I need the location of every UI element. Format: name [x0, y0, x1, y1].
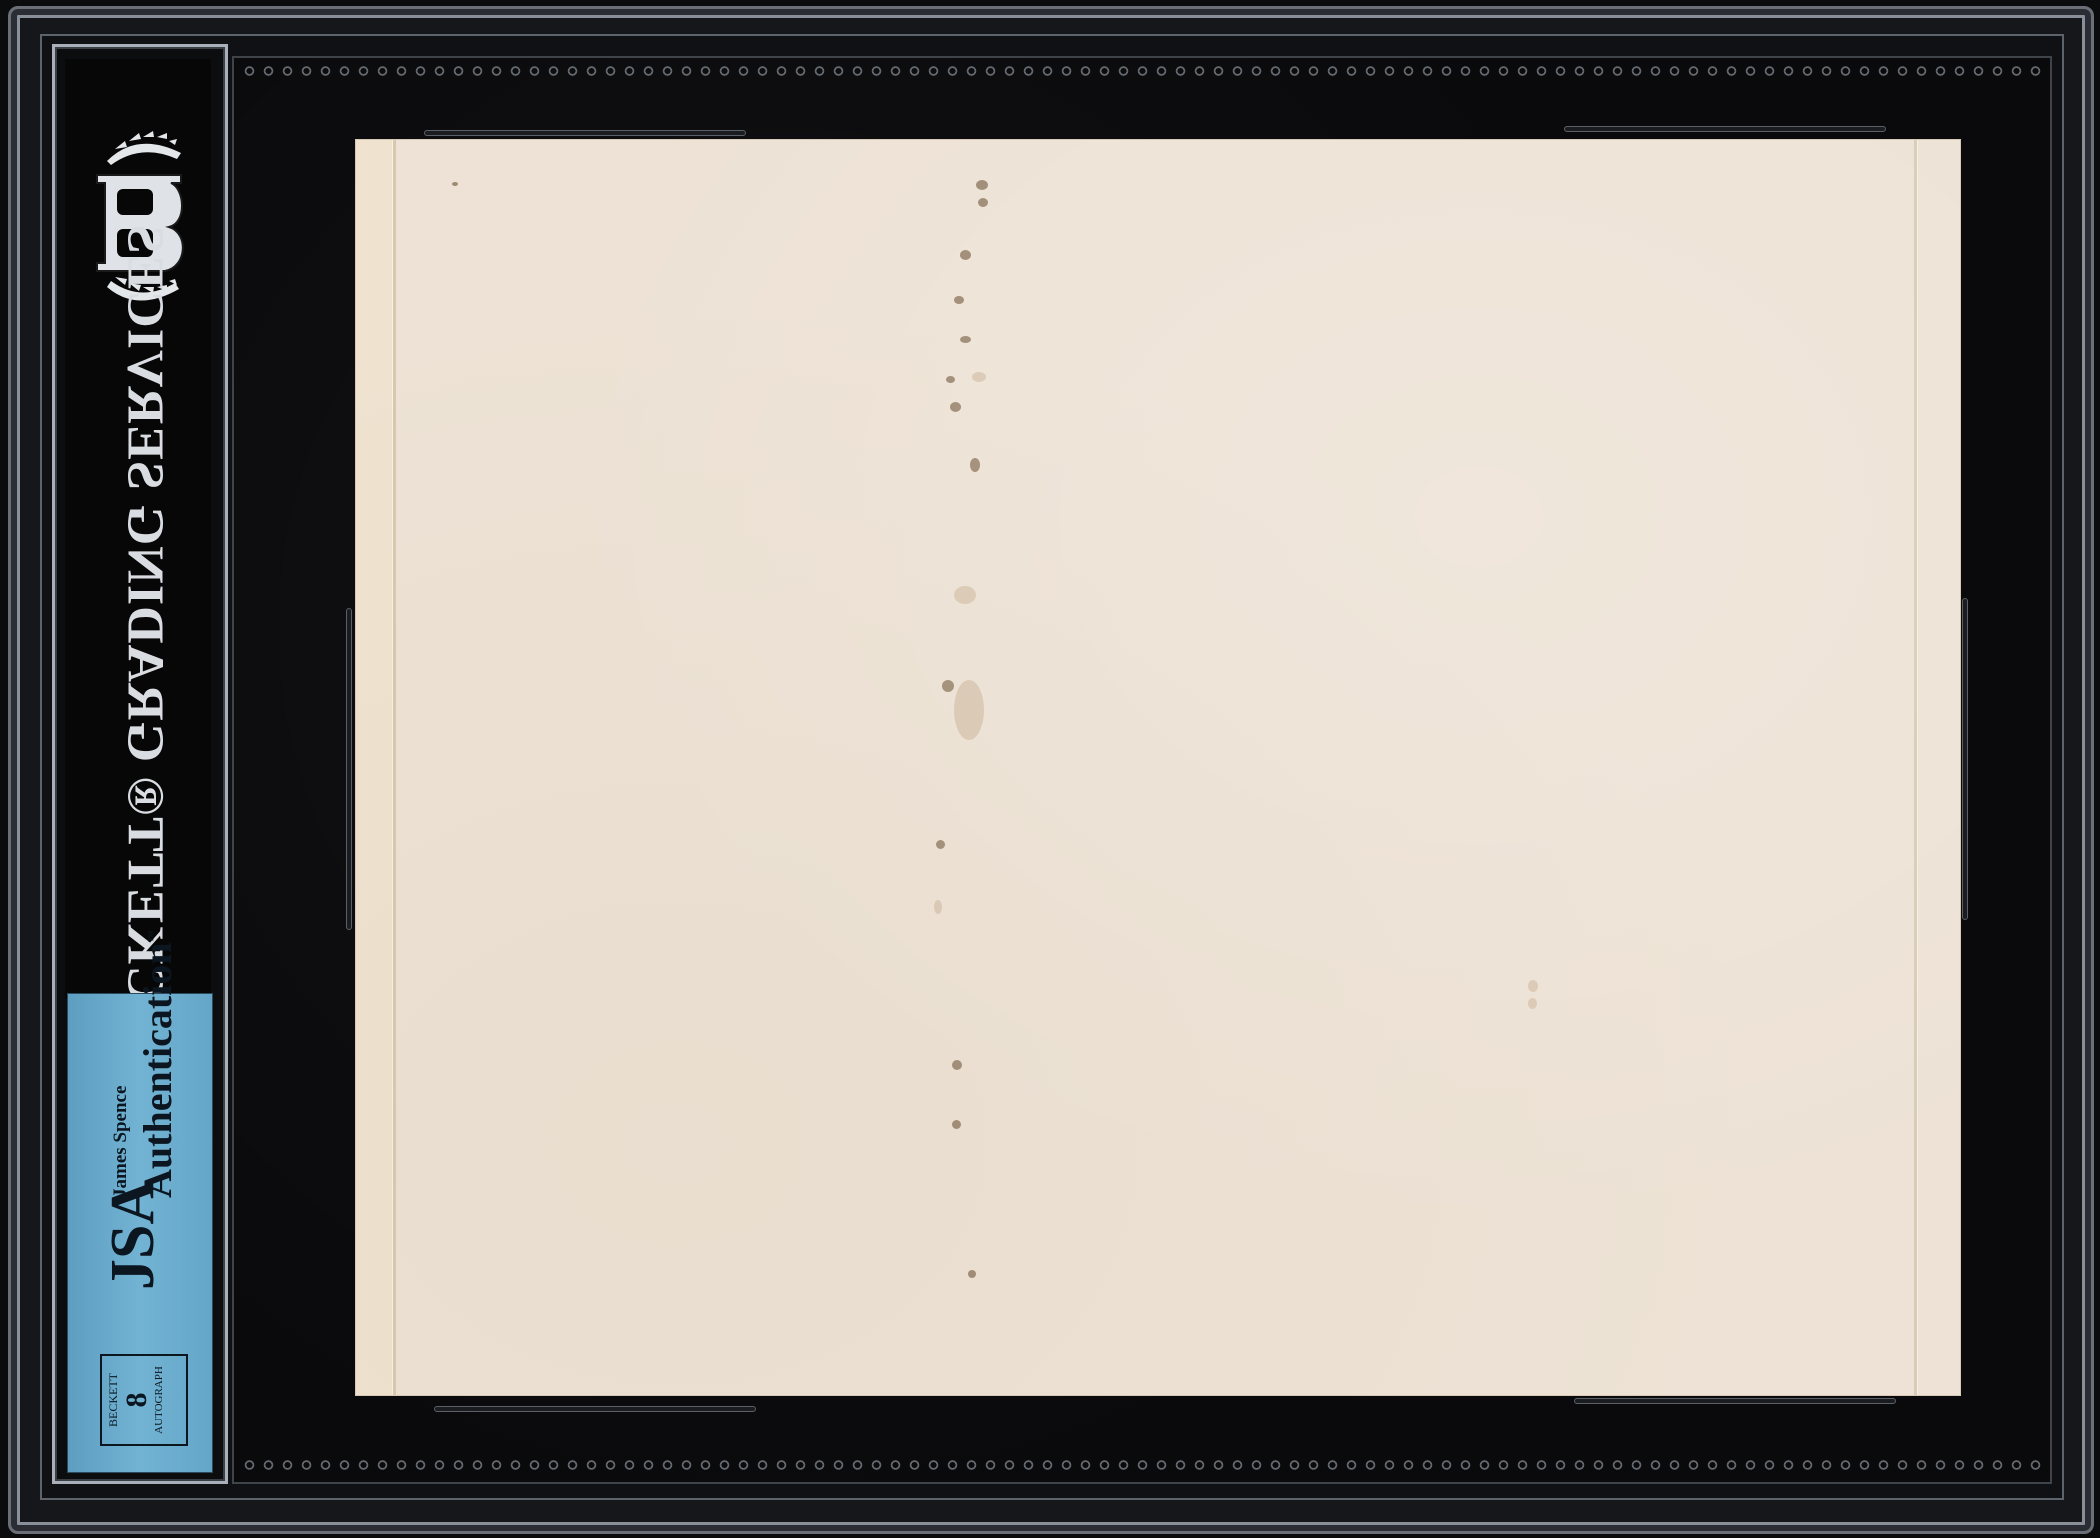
bottom-notch-row — [240, 1458, 2044, 1472]
grade-box-top: BECKETT — [106, 1356, 121, 1444]
stain-spot — [946, 376, 955, 383]
stain-spot — [1528, 998, 1537, 1009]
stain-spot — [972, 372, 986, 382]
top-rail-left — [424, 130, 746, 136]
stain-spot — [952, 1120, 961, 1129]
stain-spot — [1528, 980, 1538, 992]
stain-spot — [954, 296, 964, 304]
slab-label-strip: BECKETT® GRADING SERVICES BECKETT 8 AUTO… — [52, 44, 228, 1484]
right-rail — [1962, 598, 1968, 920]
stain-spot — [976, 180, 988, 190]
top-notch-row — [240, 64, 2044, 78]
stain-spot — [978, 198, 988, 207]
stain-spot — [954, 586, 976, 604]
stain-spot — [942, 680, 954, 692]
bottom-rail-left — [434, 1406, 756, 1412]
grade-box-bottom: AUTOGRAPH — [153, 1356, 165, 1444]
beckett-label: BECKETT® GRADING SERVICES — [65, 59, 211, 999]
stain-spot — [960, 250, 971, 260]
stain-spot — [936, 840, 945, 849]
stain-spot — [952, 1060, 962, 1070]
stain-spot — [968, 1270, 976, 1278]
stain-cluster — [954, 680, 984, 740]
jsa-authentication-label: BECKETT 8 AUTOGRAPH JSA James Spence Aut… — [67, 993, 213, 1473]
stain-spot — [970, 458, 980, 472]
stain-spot — [950, 402, 961, 412]
paper-right-fold — [1914, 140, 1918, 1395]
jsa-service: Authentication™ — [134, 930, 181, 1198]
brand-name-text: BECKETT® GRADING SERVICES — [105, 299, 185, 999]
grade-value: 8 — [121, 1356, 153, 1444]
paper-left-edge — [356, 140, 392, 1395]
top-rail-right — [1564, 126, 1886, 132]
jsa-company: James Spence — [110, 1086, 132, 1198]
left-rail — [346, 608, 352, 930]
grade-box: BECKETT 8 AUTOGRAPH — [100, 1354, 188, 1446]
stain-spot — [960, 336, 971, 343]
stain-spot — [452, 182, 458, 186]
paper-left-fold — [392, 140, 396, 1395]
paper-document-reverse — [356, 140, 1960, 1395]
bottom-rail-right — [1574, 1398, 1896, 1404]
stain-spot — [934, 900, 942, 914]
